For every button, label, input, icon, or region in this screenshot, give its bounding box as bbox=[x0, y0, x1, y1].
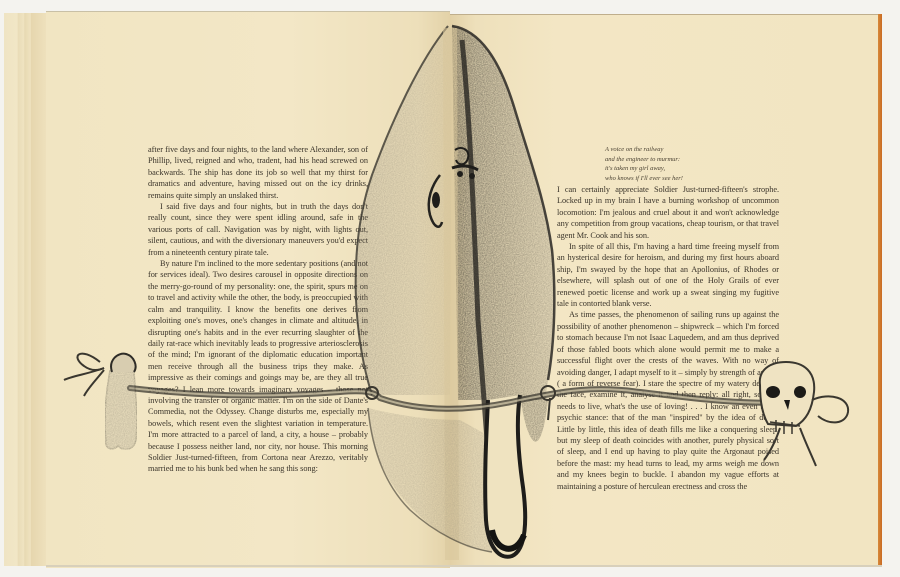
epigraph-line: who knows if I'll ever see her! bbox=[605, 174, 725, 184]
right-page-text: I can certainly appreciate Soldier Just-… bbox=[557, 184, 779, 492]
book-cover-edge bbox=[878, 14, 882, 565]
open-book: after five days and four nights, to the … bbox=[0, 0, 900, 577]
epigraph-line: A voice on the railway bbox=[605, 145, 725, 155]
right-paragraph-1: I can certainly appreciate Soldier Just-… bbox=[557, 184, 779, 241]
epigraph: A voice on the railway and the engineer … bbox=[605, 145, 725, 183]
left-paragraph-3: By nature I'm inclined to the more seden… bbox=[148, 258, 368, 475]
left-paragraph-1: after five days and four nights, to the … bbox=[148, 144, 368, 201]
epigraph-line: and the engineer to murmur: bbox=[605, 155, 725, 165]
left-page-text: after five days and four nights, to the … bbox=[148, 144, 368, 475]
page-stack-left bbox=[4, 13, 48, 566]
page-bottom-edge bbox=[46, 565, 882, 567]
epigraph-line: it's taken my girl away, bbox=[605, 164, 725, 174]
right-paragraph-2: In spite of all this, I'm having a hard … bbox=[557, 241, 779, 309]
right-paragraph-3: As time passes, the phenomenon of sailin… bbox=[557, 309, 779, 492]
left-paragraph-2: I said five days and four nights, but in… bbox=[148, 201, 368, 258]
